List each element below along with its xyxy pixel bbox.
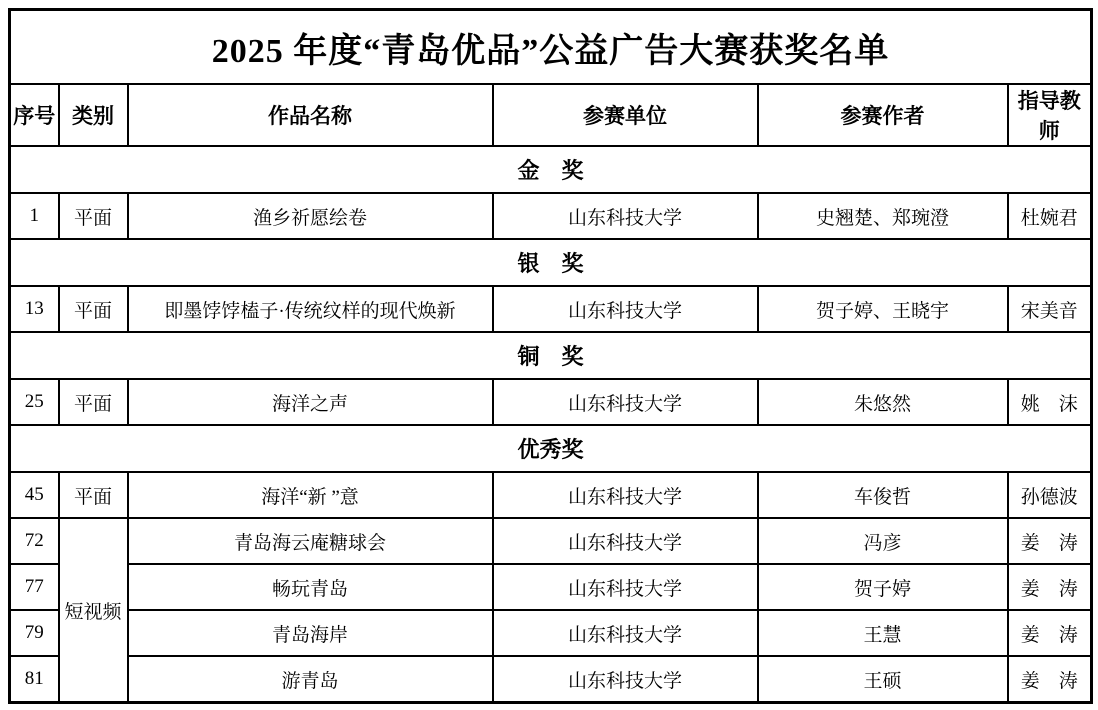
cell-no: 79 — [10, 610, 59, 656]
cell-unit: 山东科技大学 — [493, 193, 758, 239]
cell-teacher: 姜 涛 — [1008, 656, 1092, 703]
award-section-row: 银 奖 — [10, 239, 1092, 286]
cell-authors: 朱悠然 — [758, 379, 1008, 425]
table-row: 25平面海洋之声山东科技大学朱悠然姚 沫 — [10, 379, 1092, 425]
cell-teacher: 姜 涛 — [1008, 518, 1092, 564]
cell-teacher: 宋美音 — [1008, 286, 1092, 332]
cell-category: 平面 — [59, 472, 128, 518]
cell-no: 25 — [10, 379, 59, 425]
cell-teacher: 杜婉君 — [1008, 193, 1092, 239]
cell-unit: 山东科技大学 — [493, 564, 758, 610]
cell-authors: 史翘楚、郑琬澄 — [758, 193, 1008, 239]
cell-authors: 车俊哲 — [758, 472, 1008, 518]
cell-work: 即墨饽饽榼子·传统纹样的现代焕新 — [128, 286, 493, 332]
cell-unit: 山东科技大学 — [493, 656, 758, 703]
cell-teacher: 姜 涛 — [1008, 564, 1092, 610]
cell-unit: 山东科技大学 — [493, 286, 758, 332]
cell-unit: 山东科技大学 — [493, 472, 758, 518]
cell-authors: 贺子婷、王晓宇 — [758, 286, 1008, 332]
column-header-work: 作品名称 — [128, 84, 493, 146]
awards-table: 2025 年度“青岛优品”公益广告大赛获奖名单序号类别作品名称参赛单位参赛作者指… — [8, 8, 1093, 704]
cell-work: 海洋“新 ”意 — [128, 472, 493, 518]
column-header-teacher: 指导教师 — [1008, 84, 1092, 146]
cell-no: 13 — [10, 286, 59, 332]
document-page: 2025 年度“青岛优品”公益广告大赛获奖名单序号类别作品名称参赛单位参赛作者指… — [0, 0, 1098, 710]
column-header-unit: 参赛单位 — [493, 84, 758, 146]
column-header-category: 类别 — [59, 84, 128, 146]
table-row: 13平面即墨饽饽榼子·传统纹样的现代焕新山东科技大学贺子婷、王晓宇宋美音 — [10, 286, 1092, 332]
cell-no: 77 — [10, 564, 59, 610]
award-section-title: 金 奖 — [10, 146, 1092, 193]
table-row: 1平面渔乡祈愿绘卷山东科技大学史翘楚、郑琬澄杜婉君 — [10, 193, 1092, 239]
cell-no: 45 — [10, 472, 59, 518]
column-header-row: 序号类别作品名称参赛单位参赛作者指导教师 — [10, 84, 1092, 146]
table-title: 2025 年度“青岛优品”公益广告大赛获奖名单 — [10, 10, 1092, 85]
award-section-title: 铜 奖 — [10, 332, 1092, 379]
cell-teacher: 孙德波 — [1008, 472, 1092, 518]
award-section-row: 铜 奖 — [10, 332, 1092, 379]
cell-no: 81 — [10, 656, 59, 703]
cell-authors: 贺子婷 — [758, 564, 1008, 610]
award-section-title: 优秀奖 — [10, 425, 1092, 472]
table-row: 81游青岛山东科技大学王硕姜 涛 — [10, 656, 1092, 703]
cell-work: 青岛海云庵糖球会 — [128, 518, 493, 564]
cell-authors: 王硕 — [758, 656, 1008, 703]
cell-work: 渔乡祈愿绘卷 — [128, 193, 493, 239]
award-section-title: 银 奖 — [10, 239, 1092, 286]
cell-category: 短视频 — [59, 518, 128, 703]
cell-work: 海洋之声 — [128, 379, 493, 425]
cell-authors: 王慧 — [758, 610, 1008, 656]
cell-work: 游青岛 — [128, 656, 493, 703]
cell-work: 畅玩青岛 — [128, 564, 493, 610]
table-row: 45平面海洋“新 ”意山东科技大学车俊哲孙德波 — [10, 472, 1092, 518]
award-section-row: 优秀奖 — [10, 425, 1092, 472]
cell-no: 1 — [10, 193, 59, 239]
cell-unit: 山东科技大学 — [493, 518, 758, 564]
cell-no: 72 — [10, 518, 59, 564]
table-row: 77畅玩青岛山东科技大学贺子婷姜 涛 — [10, 564, 1092, 610]
awards-table-body: 2025 年度“青岛优品”公益广告大赛获奖名单序号类别作品名称参赛单位参赛作者指… — [10, 10, 1092, 703]
cell-unit: 山东科技大学 — [493, 379, 758, 425]
cell-category: 平面 — [59, 193, 128, 239]
column-header-authors: 参赛作者 — [758, 84, 1008, 146]
cell-unit: 山东科技大学 — [493, 610, 758, 656]
cell-authors: 冯彦 — [758, 518, 1008, 564]
table-row: 72短视频青岛海云庵糖球会山东科技大学冯彦姜 涛 — [10, 518, 1092, 564]
table-row: 79青岛海岸山东科技大学王慧姜 涛 — [10, 610, 1092, 656]
cell-work: 青岛海岸 — [128, 610, 493, 656]
cell-teacher: 姜 涛 — [1008, 610, 1092, 656]
award-section-row: 金 奖 — [10, 146, 1092, 193]
cell-category: 平面 — [59, 379, 128, 425]
column-header-no: 序号 — [10, 84, 59, 146]
cell-category: 平面 — [59, 286, 128, 332]
cell-teacher: 姚 沫 — [1008, 379, 1092, 425]
title-row: 2025 年度“青岛优品”公益广告大赛获奖名单 — [10, 10, 1092, 85]
